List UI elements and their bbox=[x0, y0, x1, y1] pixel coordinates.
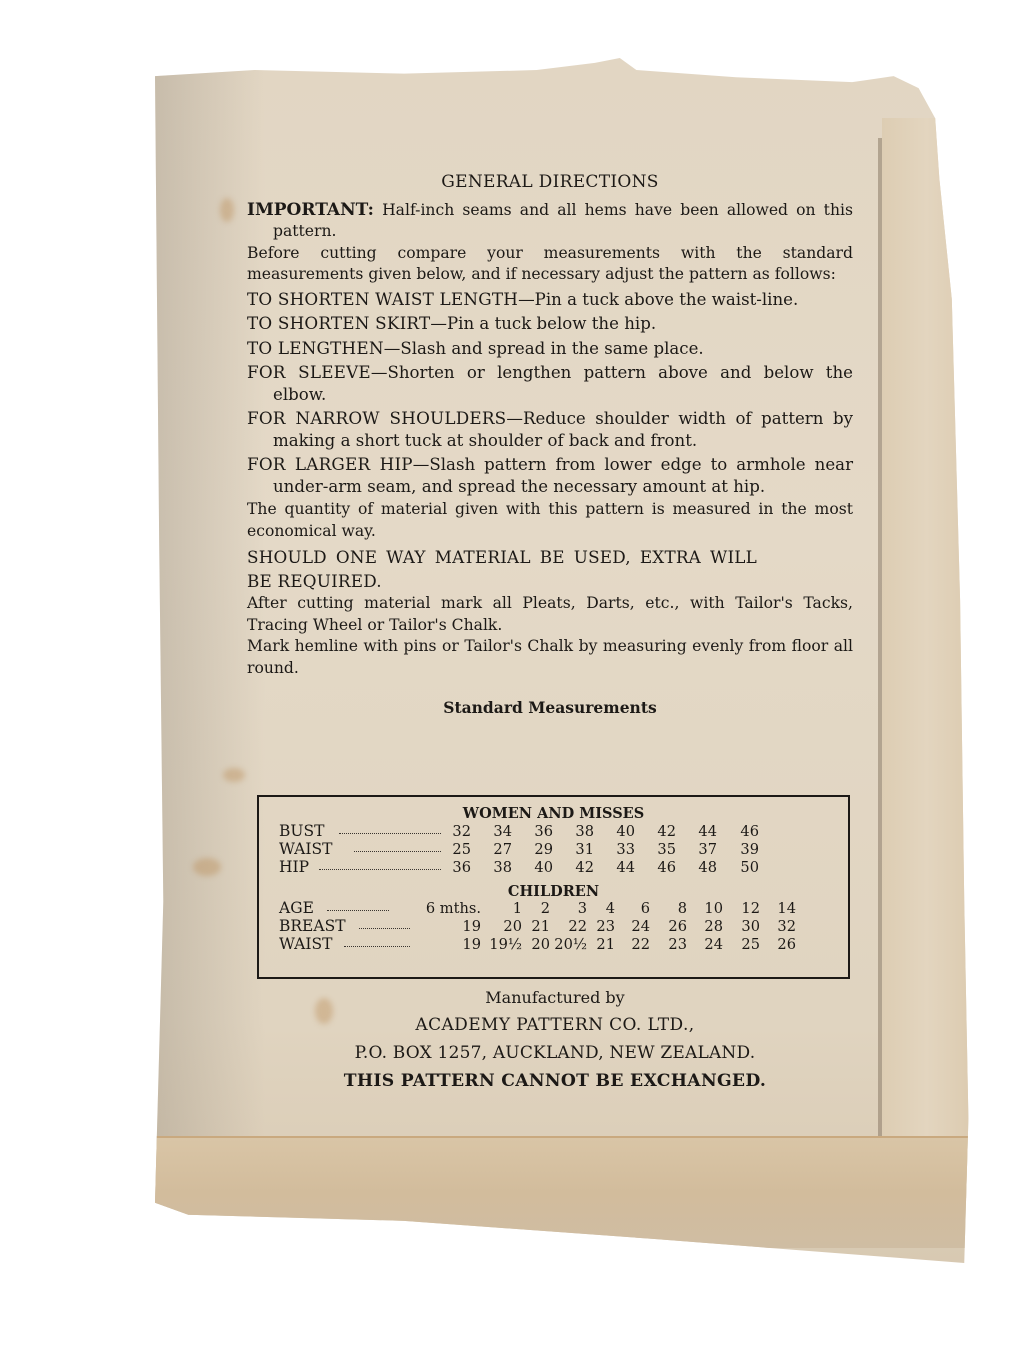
measurement-value: 40 bbox=[595, 823, 635, 841]
measurement-value: 46 bbox=[636, 859, 676, 877]
children-rows: AGE6 mths.123468101214BREAST192021222324… bbox=[259, 900, 848, 954]
measurement-value: 50 bbox=[719, 859, 759, 877]
exchange-warning: THIS PATTERN CANNOT BE EXCHANGED. bbox=[260, 1071, 850, 1091]
measurement-value: 6 mths. bbox=[411, 900, 481, 918]
measurement-value: 4 bbox=[575, 900, 615, 918]
rule-text: —Slash and spread in the same place. bbox=[384, 339, 704, 358]
after-cutting-text: After cutting material mark all Pleats, … bbox=[247, 593, 853, 636]
measurement-value: 32 bbox=[756, 918, 796, 936]
measurement-row: WAIST2527293133353739 bbox=[259, 841, 848, 859]
rule-label: FOR LARGER HIP bbox=[247, 454, 413, 474]
measurement-value: 23 bbox=[575, 918, 615, 936]
hemline-text: Mark hemline with pins or Tailor's Chalk… bbox=[247, 636, 853, 679]
measurement-value: 34 bbox=[472, 823, 512, 841]
envelope-side-flap bbox=[882, 118, 972, 1198]
measurement-value: 14 bbox=[756, 900, 796, 918]
measurement-value: 26 bbox=[756, 936, 796, 954]
manufacturer-info: Manufactured by ACADEMY PATTERN CO. LTD.… bbox=[260, 988, 850, 1091]
measurement-value: 48 bbox=[677, 859, 717, 877]
measurement-value: 40 bbox=[513, 859, 553, 877]
row-label: HIP bbox=[279, 859, 309, 877]
dot-leader bbox=[354, 851, 441, 852]
before-cutting-text: Before cutting compare your measurements… bbox=[247, 243, 853, 286]
measurement-value: 25 bbox=[431, 841, 471, 859]
measurement-value: 38 bbox=[554, 823, 594, 841]
dot-leader bbox=[344, 946, 410, 947]
manufactured-by: Manufactured by bbox=[260, 988, 850, 1007]
row-label: AGE bbox=[279, 900, 314, 918]
measurement-value: 20 bbox=[510, 936, 550, 954]
measurement-value: 24 bbox=[610, 918, 650, 936]
measurement-value: 19 bbox=[441, 918, 481, 936]
measurement-value: 42 bbox=[554, 859, 594, 877]
measurement-row: WAIST1919½2020½212223242526 bbox=[259, 936, 848, 954]
row-label: BUST bbox=[279, 823, 324, 841]
one-way-warning: SHOULD ONE WAY MATERIAL BE USED, EXTRA W… bbox=[247, 545, 757, 593]
measurement-value: 33 bbox=[595, 841, 635, 859]
measurement-value: 38 bbox=[472, 859, 512, 877]
measurement-value: 22 bbox=[610, 936, 650, 954]
measurement-row: BREAST19202122232426283032 bbox=[259, 918, 848, 936]
measurement-value: 27 bbox=[472, 841, 512, 859]
measurement-value: 31 bbox=[554, 841, 594, 859]
important-label: IMPORTANT: bbox=[247, 200, 374, 220]
stain bbox=[220, 198, 234, 222]
stain bbox=[223, 768, 245, 782]
measurement-value: 23 bbox=[647, 936, 687, 954]
measurement-value: 32 bbox=[431, 823, 471, 841]
envelope-bottom-flap bbox=[155, 1136, 985, 1248]
rule-label: TO SHORTEN SKIRT bbox=[247, 313, 430, 333]
adjustment-rule: FOR SLEEVE—Shorten or lengthen pattern a… bbox=[247, 362, 853, 405]
row-label: WAIST bbox=[279, 841, 332, 859]
rule-label: TO SHORTEN WAIST LENGTH bbox=[247, 289, 518, 309]
measurement-value: 35 bbox=[636, 841, 676, 859]
measurement-value: 46 bbox=[719, 823, 759, 841]
measurement-value: 8 bbox=[647, 900, 687, 918]
general-directions: GENERAL DIRECTIONS IMPORTANT: Half-inch … bbox=[247, 172, 853, 731]
adjustment-rule: FOR LARGER HIP—Slash pattern from lower … bbox=[247, 454, 853, 497]
measurement-value: 2 bbox=[510, 900, 550, 918]
company-name: ACADEMY PATTERN CO. LTD., bbox=[260, 1015, 850, 1035]
dot-leader bbox=[327, 910, 389, 911]
women-section-title: WOMEN AND MISSES bbox=[259, 805, 848, 823]
measurement-value: 24 bbox=[683, 936, 723, 954]
important-note: IMPORTANT: Half-inch seams and all hems … bbox=[247, 200, 853, 243]
measurement-value: 26 bbox=[647, 918, 687, 936]
measurement-value: 6 bbox=[610, 900, 650, 918]
women-rows: BUST3234363840424446WAIST252729313335373… bbox=[259, 823, 848, 877]
measurement-value: 21 bbox=[510, 918, 550, 936]
measurement-value: 21 bbox=[575, 936, 615, 954]
measurement-value: 42 bbox=[636, 823, 676, 841]
adjustment-rule: TO SHORTEN SKIRT—Pin a tuck below the hi… bbox=[247, 313, 853, 335]
measurement-value: 29 bbox=[513, 841, 553, 859]
measurement-value: 10 bbox=[683, 900, 723, 918]
page-title: GENERAL DIRECTIONS bbox=[247, 172, 853, 194]
quantity-text: The quantity of material given with this… bbox=[247, 499, 853, 542]
row-label: WAIST bbox=[279, 936, 332, 954]
measurement-value: 25 bbox=[720, 936, 760, 954]
rule-text: —Pin a tuck below the hip. bbox=[430, 314, 656, 333]
rule-label: FOR NARROW SHOULDERS bbox=[247, 408, 506, 428]
measurement-value: 36 bbox=[513, 823, 553, 841]
adjustment-rule: TO SHORTEN WAIST LENGTH—Pin a tuck above… bbox=[247, 289, 853, 311]
measurement-value: 44 bbox=[595, 859, 635, 877]
rule-label: TO LENGTHEN bbox=[247, 338, 384, 358]
dot-leader bbox=[339, 833, 441, 834]
measurement-row: BUST3234363840424446 bbox=[259, 823, 848, 841]
children-section-title: CHILDREN bbox=[259, 883, 848, 901]
dot-leader bbox=[319, 869, 441, 870]
row-label: BREAST bbox=[279, 918, 346, 936]
measurement-value: 30 bbox=[720, 918, 760, 936]
adjustment-rule: TO LENGTHEN—Slash and spread in the same… bbox=[247, 338, 853, 360]
envelope-flap-fold bbox=[878, 138, 882, 1158]
rule-label: FOR SLEEVE bbox=[247, 362, 371, 382]
measurement-value: 44 bbox=[677, 823, 717, 841]
measurement-value: 37 bbox=[677, 841, 717, 859]
measurement-value: 28 bbox=[683, 918, 723, 936]
measurements-table: WOMEN AND MISSES BUST3234363840424446WAI… bbox=[257, 795, 850, 979]
measurement-value: 19 bbox=[441, 936, 481, 954]
rule-text: —Pin a tuck above the waist-line. bbox=[518, 290, 798, 309]
adjustment-rule: FOR NARROW SHOULDERS—Reduce shoulder wid… bbox=[247, 408, 853, 451]
company-address: P.O. BOX 1257, AUCKLAND, NEW ZEALAND. bbox=[260, 1043, 850, 1063]
measurement-row: AGE6 mths.123468101214 bbox=[259, 900, 848, 918]
dot-leader bbox=[359, 928, 410, 929]
standard-measurements-title: Standard Measurements bbox=[247, 697, 853, 719]
measurement-value: 39 bbox=[719, 841, 759, 859]
stain bbox=[193, 858, 221, 876]
measurement-value: 36 bbox=[431, 859, 471, 877]
adjustment-rules: TO SHORTEN WAIST LENGTH—Pin a tuck above… bbox=[247, 289, 853, 498]
measurement-row: HIP3638404244464850 bbox=[259, 859, 848, 877]
measurement-value: 12 bbox=[720, 900, 760, 918]
